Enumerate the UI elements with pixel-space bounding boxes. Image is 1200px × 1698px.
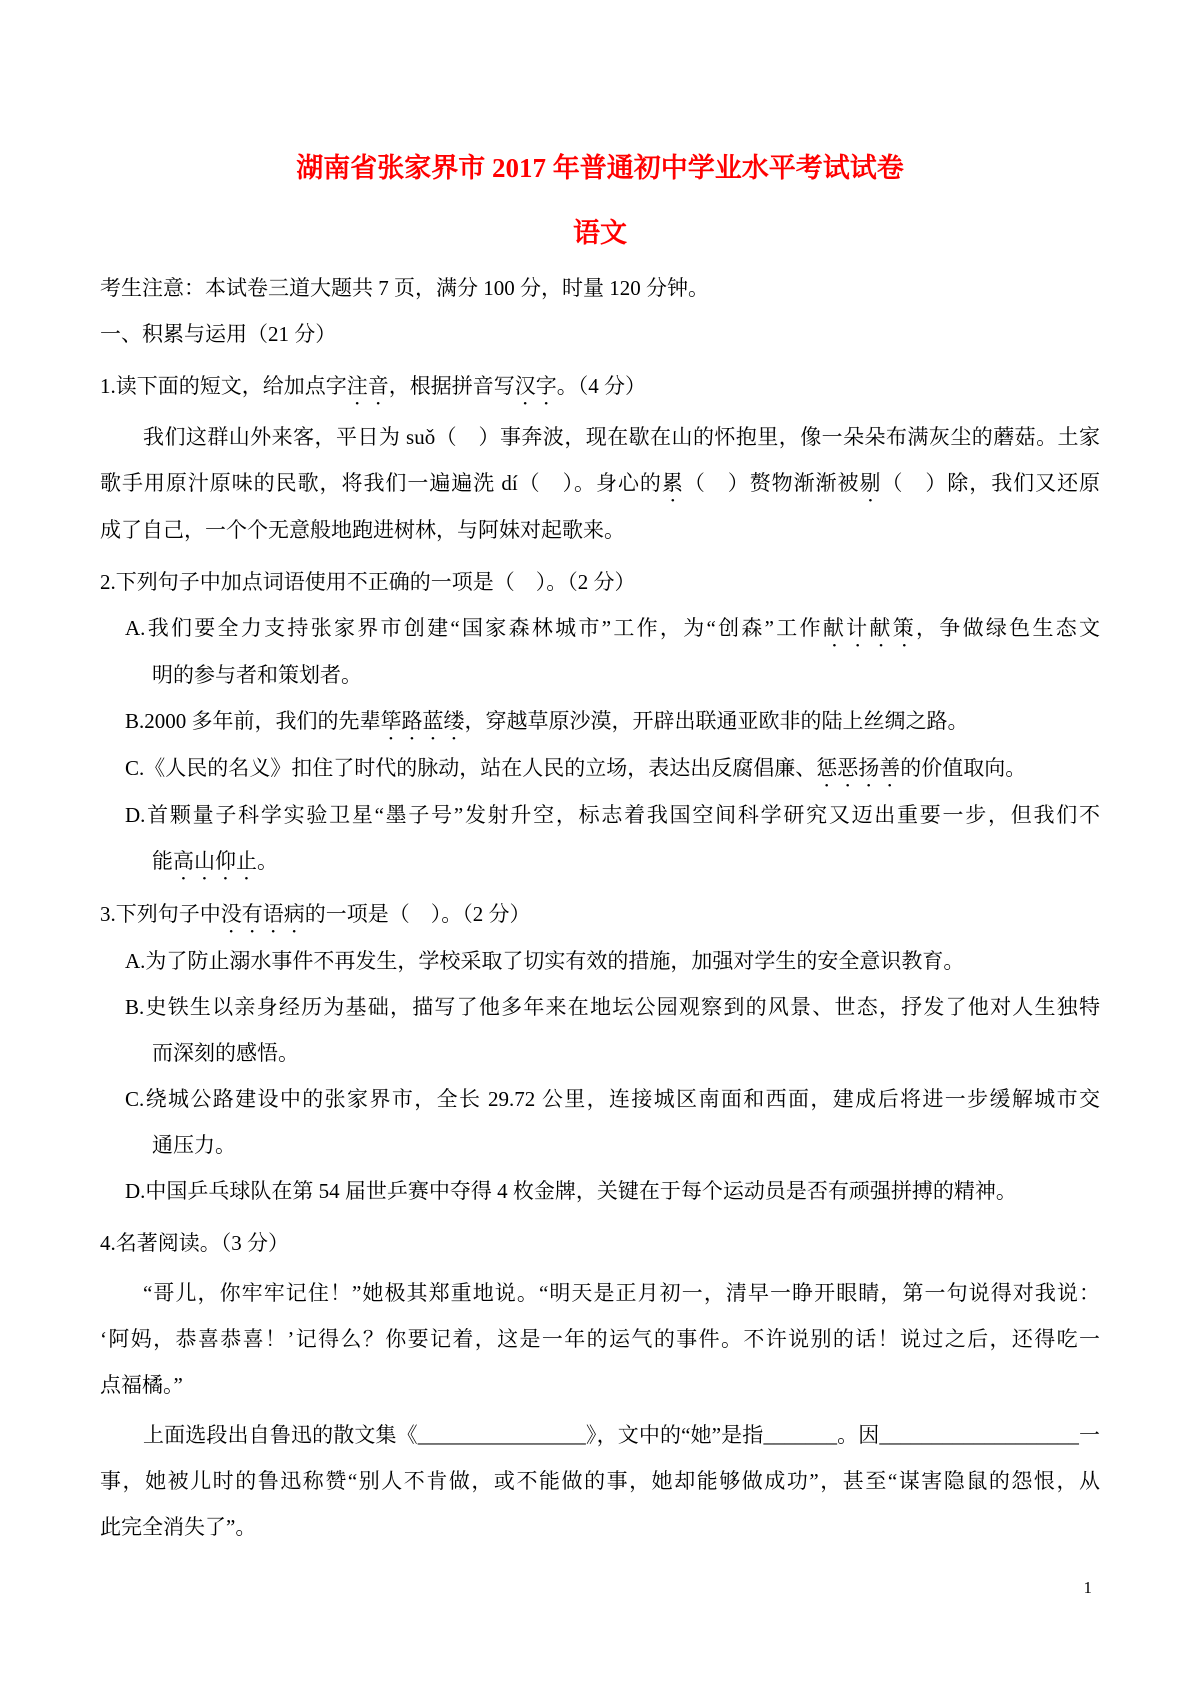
emphasized-text: 惩恶扬善 — [816, 756, 900, 780]
passage-line: 成了自己，一个个无意般地跑进树林，与阿妹对起歌来。 — [100, 507, 1100, 553]
document-body: 考生注意：本试卷三道大题共 7 页，满分 100 分，时量 120 分钟。一、积… — [100, 265, 1100, 1550]
q2-option-a-cont: 明的参与者和策划者。 — [100, 652, 1100, 698]
question-4: 4.名著阅读。（3 分） — [100, 1220, 1100, 1266]
quote-line: 点福橘。” — [100, 1362, 1100, 1408]
fill-blank-line: 上面选段出自鲁迅的散文集《________________》，文中的“她”是指_… — [100, 1412, 1100, 1458]
question-1: 1.读下面的短文，给加点字注音，根据拼音写汉字。（4 分） — [100, 363, 1100, 410]
page-title: 湖南省张家界市 2017 年普通初中学业水平考试试卷 — [100, 148, 1100, 188]
q3-option-a: A.为了防止溺水事件不再发生，学校采取了切实有效的措施，加强对学生的安全意识教育… — [100, 938, 1100, 984]
emphasized-text: 筚路蓝缕 — [381, 709, 465, 733]
q3-option-d: D.中国乒乓球队在第 54 届世乒赛中夺得 4 枚金牌，关键在于每个运动员是否有… — [100, 1168, 1100, 1214]
emphasized-text: 注音 — [347, 374, 389, 398]
question-2: 2.下列句子中加点词语使用不正确的一项是（ ）。（2 分） — [100, 559, 1100, 605]
q3-option-c: C.绕城公路建设中的张家界市，全长 29.72 公里，连接城区南面和西面，建成后… — [100, 1076, 1100, 1122]
quote-line: ‘阿妈，恭喜恭喜！’记得么？你要记着，这是一年的运气的事件。不许说别的话！说过之… — [100, 1316, 1100, 1362]
q2-option-d: D.首颗量子科学实验卫星“墨子号”发射升空，标志着我国空间科学研究又迈出重要一步… — [100, 792, 1100, 838]
section-heading-1: 一、积累与运用（21 分） — [100, 311, 1100, 357]
q3-option-c-cont: 通压力。 — [100, 1122, 1100, 1168]
emphasized-text: 没有语病 — [221, 902, 305, 926]
q2-option-a: A.我们要全力支持张家界市创建“国家森林城市”工作，为“创森”工作献计献策，争做… — [100, 605, 1100, 652]
fill-blank-line: 此完全消失了”。 — [100, 1504, 1100, 1550]
emphasized-text: 高山仰止 — [173, 849, 257, 873]
passage-line: 歌手用原汁原味的民歌，将我们一遍遍洗 dí（ ）。身心的累（ ）赘物渐渐被剔（ … — [100, 460, 1100, 507]
q2-option-d-cont: 能高山仰止。 — [100, 838, 1100, 885]
subject-title: 语文 — [100, 213, 1100, 253]
question-3: 3.下列句子中没有语病的一项是（ ）。（2 分） — [100, 891, 1100, 938]
q3-option-b-cont: 而深刻的感悟。 — [100, 1030, 1100, 1076]
emphasized-text: 汉字 — [515, 374, 557, 398]
q3-option-b: B.史铁生以亲身经历为基础，描写了他多年来在地坛公园观察到的风景、世态，抒发了他… — [100, 984, 1100, 1030]
passage-line: 我们这群山外来客，平日为 suǒ（ ）事奔波，现在歇在山的怀抱里，像一朵朵布满灰… — [100, 414, 1100, 460]
emphasized-text: 献计献策 — [823, 616, 916, 640]
fill-blank-line: 事，她被儿时的鲁迅称赞“别人不肯做，或不能做的事，她却能够做成功”，甚至“谋害隐… — [100, 1458, 1100, 1504]
emphasized-text: 剔 — [859, 471, 881, 495]
exam-notice: 考生注意：本试卷三道大题共 7 页，满分 100 分，时量 120 分钟。 — [100, 265, 1100, 311]
page-content: 湖南省张家界市 2017 年普通初中学业水平考试试卷 语文 考生注意：本试卷三道… — [100, 148, 1100, 1550]
emphasized-text: 累 — [662, 471, 684, 495]
q2-option-c: C.《人民的名义》扣住了时代的脉动，站在人民的立场，表达出反腐倡廉、惩恶扬善的价… — [100, 745, 1100, 792]
page-number: 1 — [1084, 1578, 1093, 1598]
quote-line: “哥儿，你牢牢记住！”她极其郑重地说。“明天是正月初一，清早一睁开眼睛，第一句说… — [100, 1270, 1100, 1316]
q2-option-b: B.2000 多年前，我们的先辈筚路蓝缕，穿越草原沙漠，开辟出联通亚欧非的陆上丝… — [100, 698, 1100, 745]
exam-paper-page: 湖南省张家界市 2017 年普通初中学业水平考试试卷 语文 考生注意：本试卷三道… — [0, 0, 1200, 1698]
